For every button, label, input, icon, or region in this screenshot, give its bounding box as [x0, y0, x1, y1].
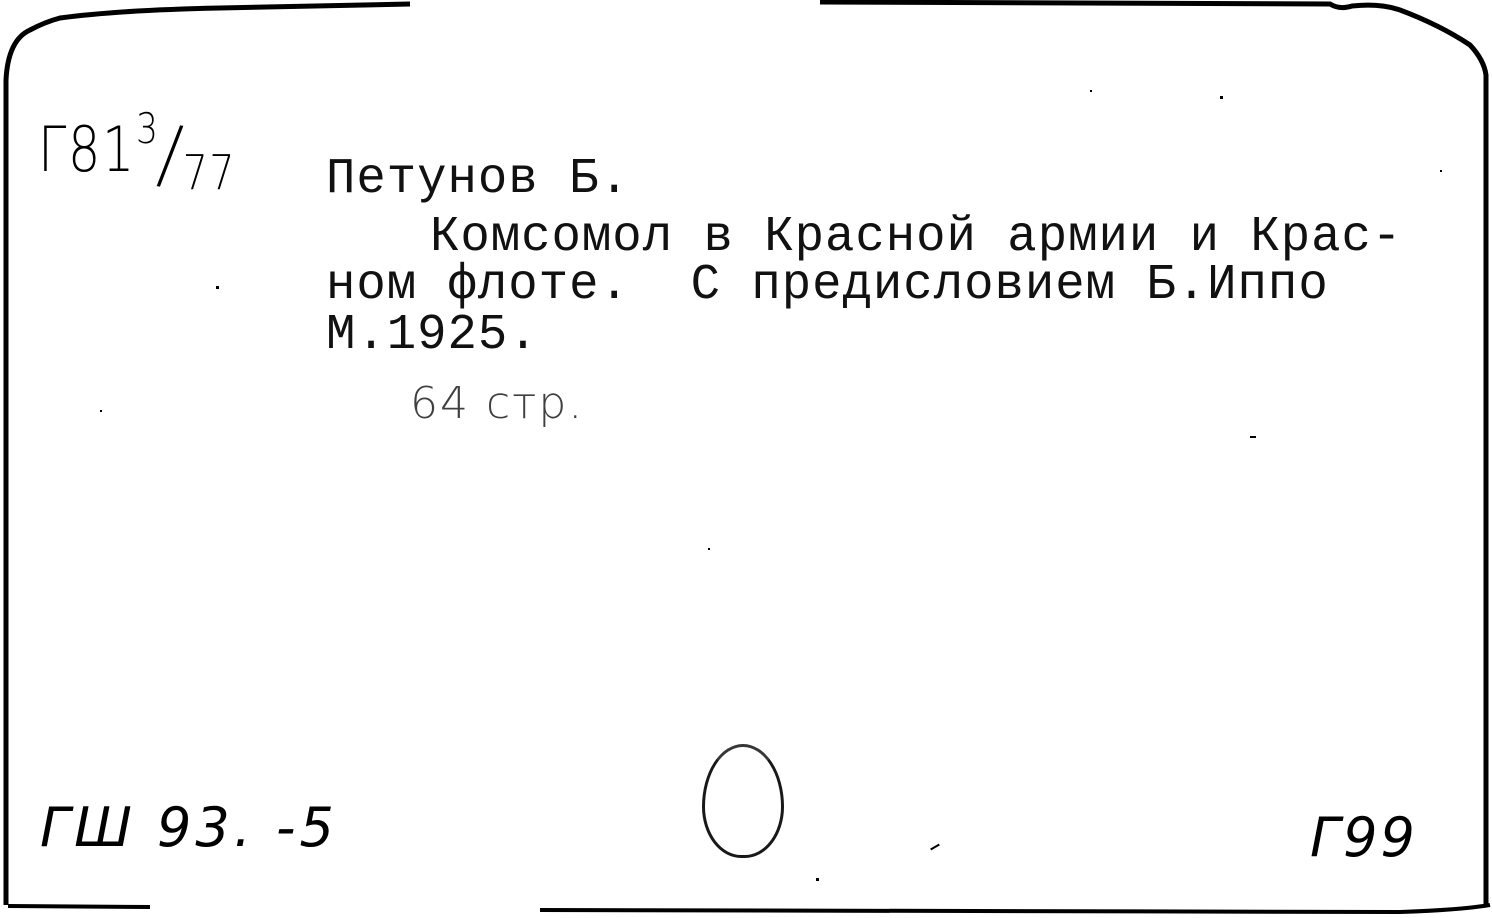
page-count: 64 стр.	[410, 378, 584, 429]
speck	[1250, 436, 1256, 438]
speck	[1220, 96, 1223, 99]
shelfmark-numerator: 3	[136, 104, 160, 153]
shelfmark-prefix: Г81	[38, 113, 136, 186]
punch-hole	[702, 744, 784, 858]
speck	[816, 878, 819, 881]
speck	[1090, 90, 1092, 92]
imprint: М.1925.	[326, 308, 539, 364]
shelfmark-denominator: 77	[183, 145, 236, 201]
speck	[708, 548, 710, 550]
speck	[100, 410, 102, 412]
shelfmark: Г813/77	[38, 100, 236, 190]
speck	[1440, 170, 1442, 172]
speck	[930, 844, 940, 851]
author: Петунов Б.	[326, 152, 630, 208]
title-line-2: ном флоте. С предисловием Б.Иппо	[326, 258, 1329, 314]
bottom-left-note: ГШ 93. -5	[40, 796, 338, 859]
bottom-right-note: Г99	[1310, 806, 1418, 869]
speck	[216, 286, 219, 289]
